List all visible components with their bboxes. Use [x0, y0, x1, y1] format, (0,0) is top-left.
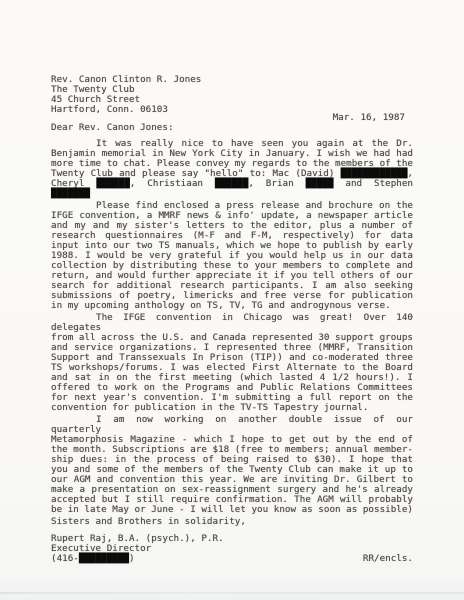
letter-line: Cheryl ██████, Christiaan ██████, Brian … — [51, 179, 413, 199]
paper-bottom-edge — [0, 592, 464, 594]
letter-line: convention for publication in the TV-TS … — [51, 403, 413, 413]
redaction-bar: ██████ — [96, 178, 129, 189]
letter-line: I am now working on another double issue… — [51, 415, 413, 435]
redaction-bar: █████████ — [79, 553, 129, 564]
phone-number-redacted: (416-█████████) — [51, 554, 135, 564]
paragraph: It was really nice to have seen you agai… — [51, 139, 413, 199]
closing-line: Sisters and Brothers in solidarity, — [51, 517, 413, 527]
letter-paragraphs: It was really nice to have seen you agai… — [51, 139, 413, 515]
letter-line: in my upcoming anthology on TS, TV, TG a… — [51, 301, 413, 311]
reference-initials: RR/encls. — [363, 554, 413, 564]
letter-line: be in late May or June - I will let you … — [51, 505, 413, 515]
paragraph: Please find enclosed a press release and… — [51, 201, 413, 312]
letter-line: The IFGE convention in Chicago was great… — [51, 313, 413, 333]
recipient-address: Rev. Canon Clinton R. JonesThe Twenty Cl… — [51, 75, 413, 115]
paragraph: The IFGE convention in Chicago was great… — [51, 313, 413, 413]
redaction-bar: █████ — [306, 178, 334, 189]
redaction-bar: ███████ — [51, 188, 90, 199]
paragraph: I am now working on another double issue… — [51, 415, 413, 515]
redaction-bar: ██████ — [215, 178, 248, 189]
scanned-letter-page: Rev. Canon Clinton R. JonesThe Twenty Cl… — [0, 0, 464, 600]
letter-body: Rev. Canon Clinton R. JonesThe Twenty Cl… — [51, 75, 413, 564]
salutation: Dear Rev. Canon Jones: — [51, 123, 413, 133]
phone-reference-row: (416-█████████) RR/encls. — [51, 554, 413, 564]
